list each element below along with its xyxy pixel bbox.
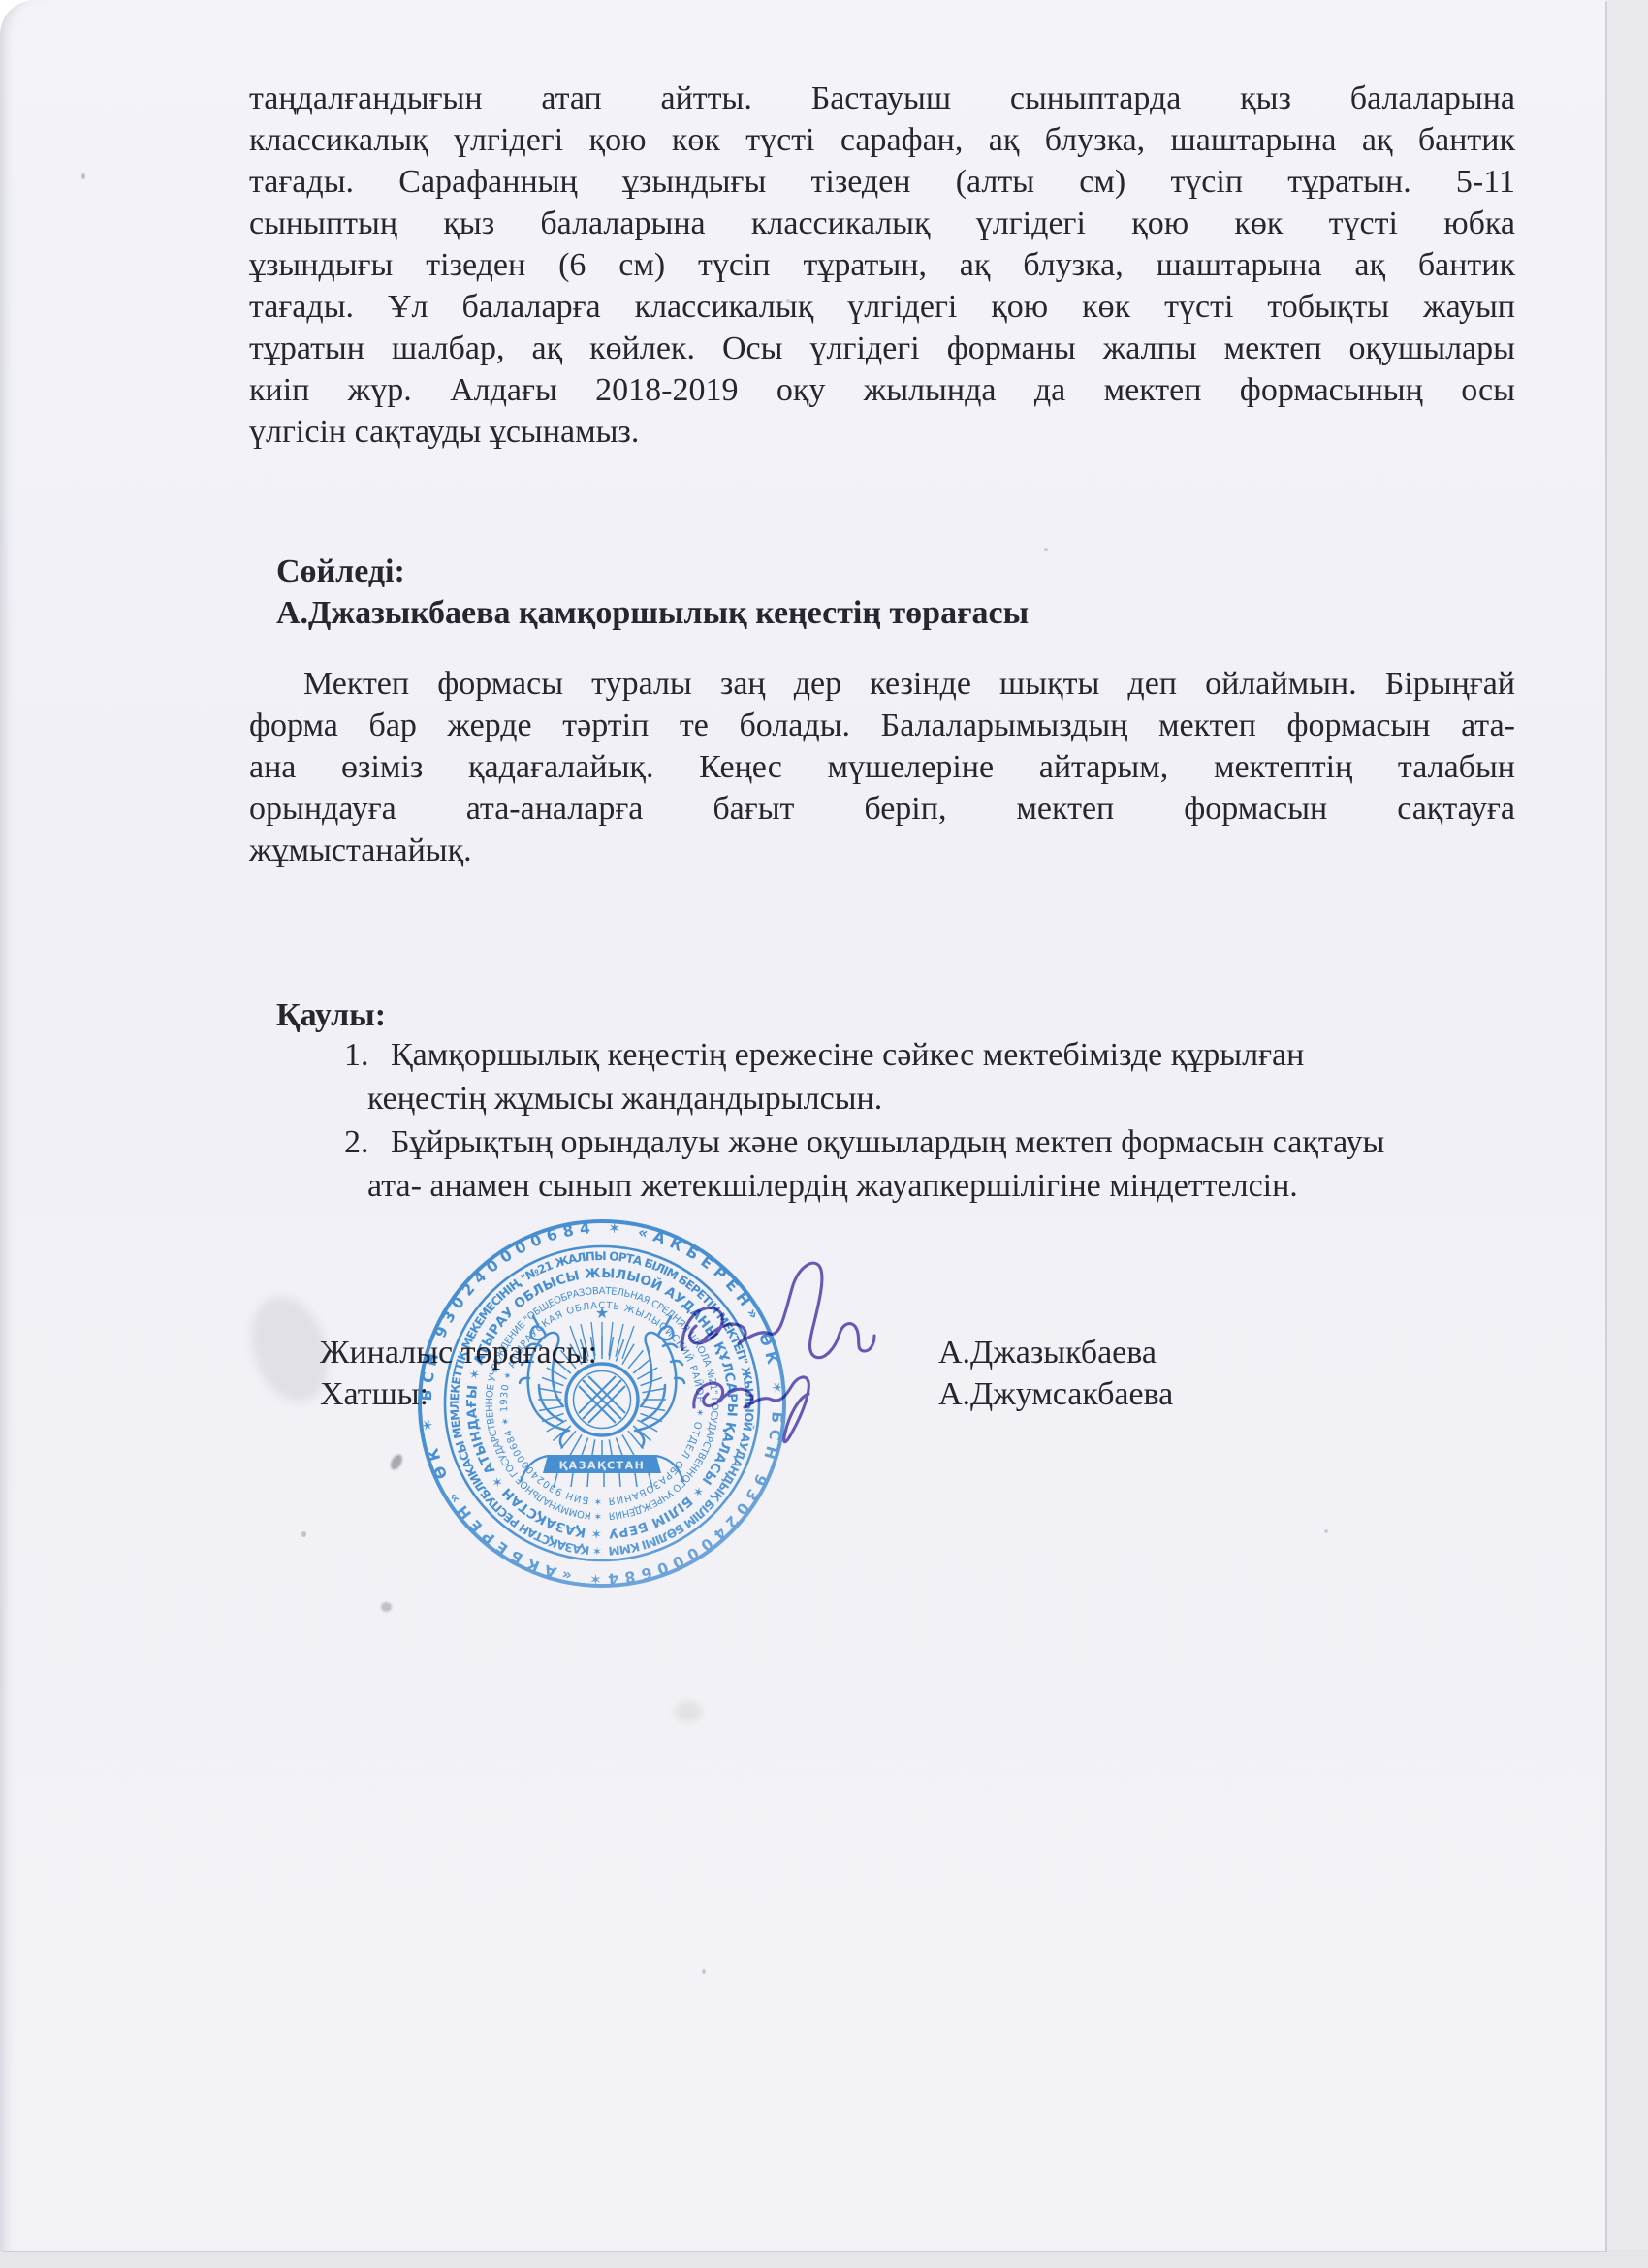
text-line: ұзындығы тізеден (6 см) түсіп тұратын, а… — [249, 244, 1515, 286]
emblem-star-icon: ★ — [595, 1304, 609, 1322]
resolution-item-number: 1. — [344, 1033, 391, 1077]
ink-speck — [381, 1602, 392, 1612]
signature-name: А.Джазыкбаева — [938, 1332, 1157, 1373]
dust-speck — [1324, 1529, 1328, 1533]
signature-label: Хатшы: — [320, 1373, 428, 1415]
resolution-list: 1.Қамқоршылық кеңестің ережесіне сәйкес … — [249, 1033, 1515, 1208]
resolution-item-text: Қамқоршылық кеңестің ережесіне сәйкес ме… — [391, 1037, 1304, 1073]
dust-speck — [702, 1969, 706, 1974]
resolution-item-line: ата- анамен сынып жетекшілердің жауапкер… — [249, 1164, 1515, 1208]
scanner-background-right — [1603, 0, 1648, 2268]
text-line: жұмыстанайық. — [249, 830, 1515, 871]
resolution-heading-block: Қаулы: — [249, 994, 1542, 1036]
resolution-item-number: 2. — [344, 1120, 391, 1164]
text-line: тұратын шалбар, ақ көйлек. Осы үлгідегі … — [249, 328, 1515, 369]
speech-speaker: А.Джазыкбаева қамқоршылық кеңестің төрағ… — [276, 592, 1542, 634]
resolution-heading: Қаулы: — [276, 994, 1542, 1036]
text-line: тағады. Сарафанның ұзындығы тізеден (алт… — [249, 161, 1515, 203]
scanner-background-bottom — [0, 2249, 1648, 2268]
text-line: киіп жүр. Алдағы 2018-2019 оқу жылында д… — [249, 369, 1515, 411]
text-line: Мектеп формасы туралы заң дер кезінде шы… — [249, 663, 1515, 705]
paper-stain — [675, 1701, 702, 1722]
document-page: таңдалғандығын атап айтты. Бастауыш сыны… — [0, 0, 1605, 2251]
speech-section: Сөйледі: А.Джазыкбаева қамқоршылық кеңес… — [249, 551, 1542, 634]
shanyrak-lattice — [579, 1376, 625, 1423]
text-line: классикалық үлгідегі қою көк түсті сараф… — [249, 119, 1515, 161]
signature-chairman — [682, 1263, 874, 1357]
resolution-item-line: 2.Бұйрықтың орындалуы және оқушылардың м… — [249, 1120, 1515, 1164]
speech-heading: Сөйледі: — [276, 551, 1542, 592]
scanned-document: таңдалғандығын атап айтты. Бастауыш сыны… — [0, 0, 1648, 2268]
text-line: тағады. Ұл балаларға классикалық үлгідег… — [249, 286, 1515, 328]
emblem-uyk-fan — [570, 1322, 634, 1359]
emblem-banner-label: ҚАЗАҚСТАН — [559, 1460, 646, 1472]
resolution-item-text: Бұйрықтың орындалуы және оқушылардың мек… — [391, 1124, 1384, 1160]
paragraph-2: Мектеп формасы туралы заң дер кезінде шы… — [249, 663, 1515, 871]
text-line: үлгісін сақтауды ұсынамыз. — [249, 411, 1515, 453]
paragraph-1: таңдалғандығын атап айтты. Бастауыш сыны… — [249, 78, 1515, 453]
signature-secretary — [694, 1377, 809, 1442]
handwritten-signatures — [659, 1231, 911, 1473]
text-line: таңдалғандығын атап айтты. Бастауыш сыны… — [249, 78, 1515, 119]
text-line: орындауға ата-аналарға бағыт беріп, мект… — [249, 788, 1515, 830]
text-line: ана өзіміз қадағалайық. Кеңес мүшелеріне… — [249, 746, 1515, 788]
signature-name: А.Джумсакбаева — [938, 1373, 1173, 1415]
dust-speck — [1044, 548, 1048, 551]
dust-speck — [301, 1531, 306, 1537]
dust-speck — [81, 173, 85, 179]
resolution-item-line: кеңестің жұмысы жандандырылсын. — [249, 1077, 1515, 1120]
resolution-item-line: 1.Қамқоршылық кеңестің ережесіне сәйкес … — [249, 1033, 1515, 1077]
dust-speck — [786, 299, 790, 303]
text-line: форма бар жерде тәртіп те болады. Балала… — [249, 705, 1515, 746]
text-line: сыныптың қыз балаларына классикалық үлгі… — [249, 203, 1515, 244]
